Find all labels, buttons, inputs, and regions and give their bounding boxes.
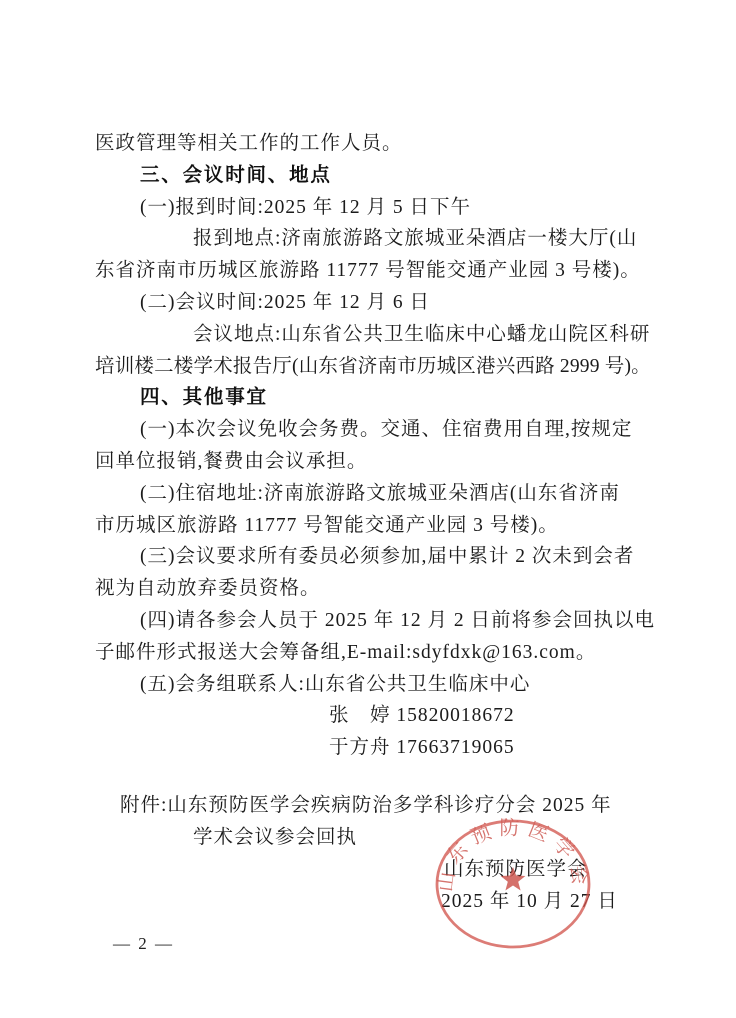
body-line: (一)报到时间:2025 年 12 月 5 日下午 bbox=[0, 192, 736, 224]
body-line: (一)本次会议免收会务费。交通、住宿费用自理,按规定 bbox=[0, 414, 736, 446]
body-line: 视为自动放弃委员资格。 bbox=[0, 573, 736, 605]
body-line: (五)会务组联系人:山东省公共卫生临床中心 bbox=[0, 669, 736, 701]
document-page: 医政管理等相关工作的工作人员。 三、会议时间、地点 (一)报到时间:2025 年… bbox=[0, 0, 736, 1018]
body-line: 市历城区旅游路 11777 号智能交通产业园 3 号楼)。 bbox=[0, 510, 736, 542]
body-line: 报到地点:济南旅游路文旅城亚朵酒店一楼大厅(山 bbox=[0, 223, 736, 255]
attachment-note: 附件:山东预防医学会疾病防治多学科诊疗分会 2025 年 学术会议参会回执 bbox=[0, 790, 736, 854]
section-heading-4: 四、其他事宜 bbox=[0, 382, 736, 414]
signature-org: 山东预防医学会 bbox=[0, 854, 736, 886]
contact-line: 于方舟 17663719065 bbox=[0, 732, 736, 764]
body-line: 会议地点:山东省公共卫生临床中心蟠龙山院区科研 bbox=[0, 319, 736, 351]
body-line: (二)会议时间:2025 年 12 月 6 日 bbox=[0, 287, 736, 319]
contact-line: 张 婷 15820018672 bbox=[0, 700, 736, 732]
body-line: 回单位报销,餐费由会议承担。 bbox=[0, 446, 736, 478]
body-line: (二)住宿地址:济南旅游路文旅城亚朵酒店(山东省济南 bbox=[0, 478, 736, 510]
page-number: — 2 — bbox=[113, 934, 174, 954]
document-body: 医政管理等相关工作的工作人员。 三、会议时间、地点 (一)报到时间:2025 年… bbox=[0, 128, 736, 764]
body-line: 东省济南市历城区旅游路 11777 号智能交通产业园 3 号楼)。 bbox=[0, 255, 736, 287]
signature-date: 2025 年 10 月 27 日 bbox=[0, 886, 736, 918]
body-line: 子邮件形式报送大会筹备组,E-mail:sdyfdxk@163.com。 bbox=[0, 637, 736, 669]
section-heading-3: 三、会议时间、地点 bbox=[0, 160, 736, 192]
body-line: (三)会议要求所有委员必须参加,届中累计 2 次未到会者 bbox=[0, 541, 736, 573]
body-line: 医政管理等相关工作的工作人员。 bbox=[0, 128, 736, 160]
body-line: 培训楼二楼学术报告厅(山东省济南市历城区港兴西路 2999 号)。 bbox=[0, 351, 736, 383]
attachment-line: 附件:山东预防医学会疾病防治多学科诊疗分会 2025 年 bbox=[0, 790, 736, 822]
body-line: (四)请各参会人员于 2025 年 12 月 2 日前将参会回执以电 bbox=[0, 605, 736, 637]
attachment-line: 学术会议参会回执 bbox=[0, 822, 736, 854]
signature-block: 山东预防医学会 2025 年 10 月 27 日 bbox=[0, 854, 736, 918]
